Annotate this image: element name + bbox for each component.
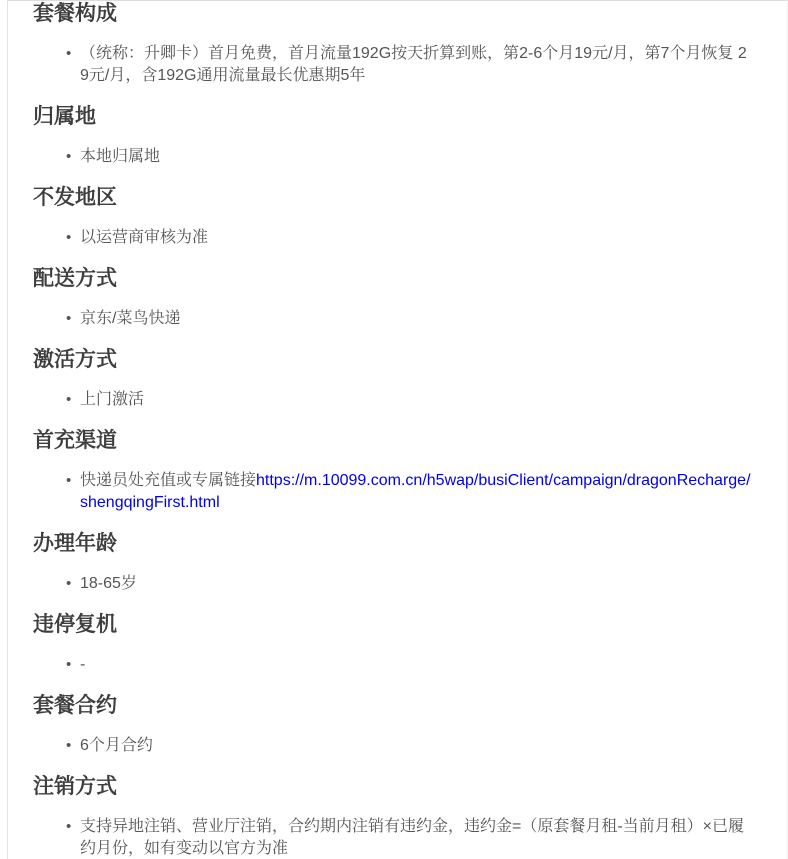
section-first-recharge-channel: 首充渠道 快递员处充值或专属链接https://m.10099.com.cn/h… (33, 430, 751, 514)
list-item-text: 快递员处充值或专属链接 (80, 472, 256, 489)
section-heading: 配送方式 (33, 268, 751, 290)
section-list: 支持异地注销、营业厅注销，合约期内注销有违约金，违约金=（原套餐月租-当前月租）… (33, 816, 751, 859)
section-suspension-resume: 违停复机 - (33, 614, 751, 676)
section-cancellation-method: 注销方式 支持异地注销、营业厅注销，合约期内注销有违约金，违约金=（原套餐月租-… (33, 776, 751, 859)
section-list: 18-65岁 (33, 573, 751, 595)
plan-detail-panel: 套餐构成 （统称：升卿卡）首月免费，首月流量192G按天折算到账，第2-6个月1… (7, 0, 788, 859)
section-activation-method: 激活方式 上门激活 (33, 349, 751, 411)
section-heading: 首充渠道 (33, 430, 751, 452)
list-item: 以运营商审核为准 (80, 227, 751, 249)
list-item: - (80, 654, 751, 676)
section-eligible-age: 办理年龄 18-65岁 (33, 533, 751, 595)
section-heading: 违停复机 (33, 614, 751, 636)
list-item: 上门激活 (80, 389, 751, 411)
section-list: 以运营商审核为准 (33, 227, 751, 249)
list-item: 本地归属地 (80, 146, 751, 168)
section-list: 上门激活 (33, 389, 751, 411)
section-list: 6个月合约 (33, 735, 751, 757)
section-list: - (33, 654, 751, 676)
section-list: 本地归属地 (33, 146, 751, 168)
section-list: 京东/菜鸟快递 (33, 308, 751, 330)
section-list: 快递员处充值或专属链接https://m.10099.com.cn/h5wap/… (33, 470, 751, 514)
list-item: 京东/菜鸟快递 (80, 308, 751, 330)
list-item: （统称：升卿卡）首月免费，首月流量192G按天折算到账，第2-6个月19元/月，… (80, 43, 751, 87)
section-plan-contract: 套餐合约 6个月合约 (33, 695, 751, 757)
section-package-composition: 套餐构成 （统称：升卿卡）首月免费，首月流量192G按天折算到账，第2-6个月1… (33, 3, 751, 87)
section-heading: 激活方式 (33, 349, 751, 371)
section-heading: 套餐构成 (33, 3, 751, 25)
list-item: 支持异地注销、营业厅注销，合约期内注销有违约金，违约金=（原套餐月租-当前月租）… (80, 816, 751, 859)
list-item: 快递员处充值或专属链接https://m.10099.com.cn/h5wap/… (80, 470, 751, 514)
section-heading: 注销方式 (33, 776, 751, 798)
section-heading: 归属地 (33, 106, 751, 128)
list-item: 6个月合约 (80, 735, 751, 757)
section-no-ship-regions: 不发地区 以运营商审核为准 (33, 187, 751, 249)
section-heading: 套餐合约 (33, 695, 751, 717)
section-list: （统称：升卿卡）首月免费，首月流量192G按天折算到账，第2-6个月19元/月，… (33, 43, 751, 87)
section-delivery-method: 配送方式 京东/菜鸟快递 (33, 268, 751, 330)
section-heading: 不发地区 (33, 187, 751, 209)
list-item: 18-65岁 (80, 573, 751, 595)
section-home-location: 归属地 本地归属地 (33, 106, 751, 168)
section-heading: 办理年龄 (33, 533, 751, 555)
